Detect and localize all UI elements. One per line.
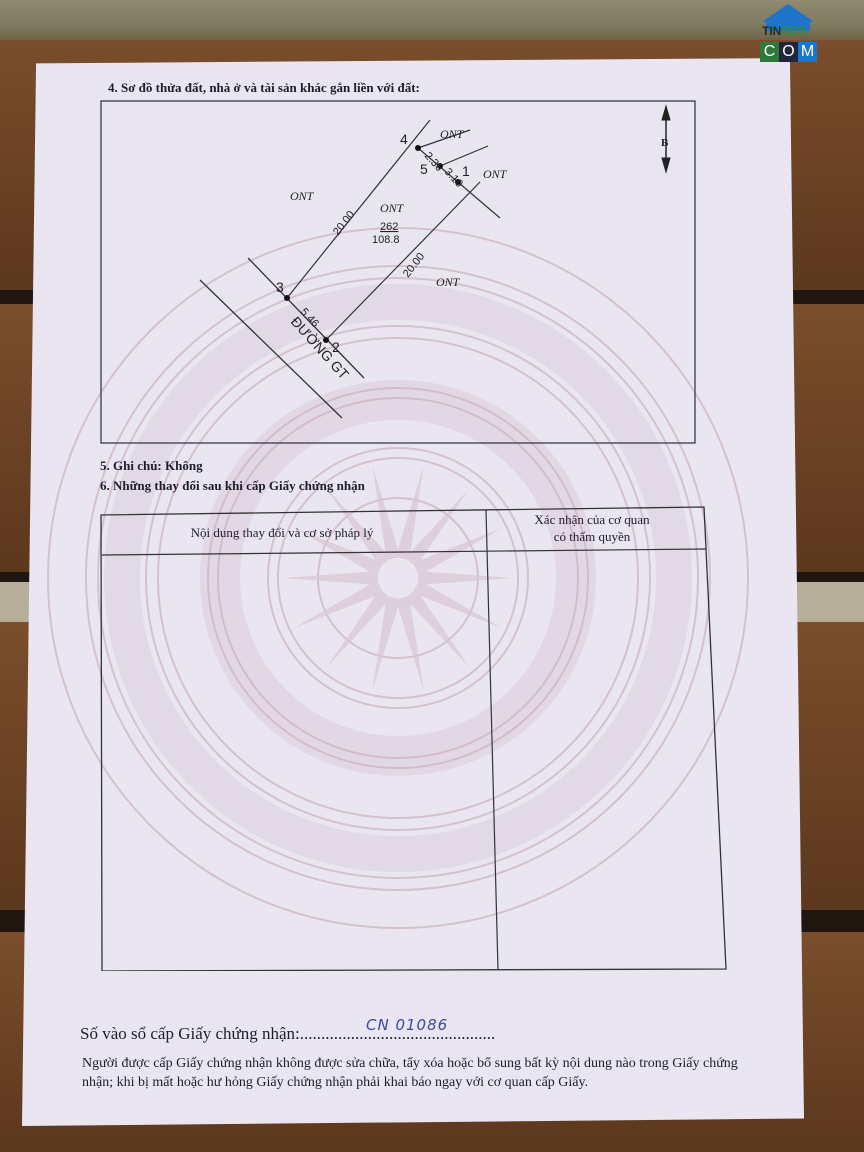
logo-letter-o: O [779,42,798,62]
svg-text:ONT: ONT [380,201,405,215]
background-floor [0,0,864,44]
certificate-page: 4. Sơ đồ thửa đất, nhà ở và tài sản khác… [22,58,804,1126]
house-roof-icon [762,4,814,22]
changes-table [100,505,728,971]
column-header-line-1: Xác nhận của cơ quan [492,511,692,528]
svg-text:ONT: ONT [483,167,508,181]
plot-diagram: B 12345 ONTONTONTONTONT 20.0020.005.462.… [100,100,696,444]
logo-letter-c: C [760,42,779,62]
registration-number-handwritten: CN 01086 [366,1016,448,1034]
logo-text-bds: BDS [781,24,806,38]
logo-wordmark: TINBDS [762,24,807,38]
svg-text:20.00: 20.00 [401,251,427,280]
svg-text:1: 1 [462,163,470,179]
logo-letter-m: M [798,42,817,62]
registration-label: Số vào sổ cấp Giấy chứng nhận: [80,1024,300,1043]
tinbds-logo: TINBDS C O M [758,4,822,64]
svg-text:4: 4 [400,131,408,147]
svg-text:ONT: ONT [436,275,461,289]
svg-text:262: 262 [380,221,398,233]
svg-text:ONT: ONT [290,189,315,203]
north-label: B [661,137,669,149]
svg-text:20.00: 20.00 [331,209,357,238]
column-header-authority-confirmation: Xác nhận của cơ quan có thẩm quyền [492,511,692,545]
column-header-line-2: có thẩm quyền [492,528,692,545]
column-header-change-content: Nội dung thay đổi và cơ sở pháp lý [132,524,432,541]
svg-text:108.8: 108.8 [372,234,400,246]
section-6-title: 6. Những thay đổi sau khi cấp Giấy chứng… [100,478,365,494]
svg-text:3: 3 [276,279,284,295]
svg-text:ONT: ONT [440,127,465,141]
section-4-title: 4. Sơ đồ thửa đất, nhà ở và tài sản khác… [108,80,420,96]
logo-text-tin: TIN [762,24,781,38]
logo-com: C O M [760,42,817,62]
section-5-note: 5. Ghi chú: Không [100,458,203,474]
notice-text: Người được cấp Giấy chứng nhận không đượ… [82,1054,762,1092]
